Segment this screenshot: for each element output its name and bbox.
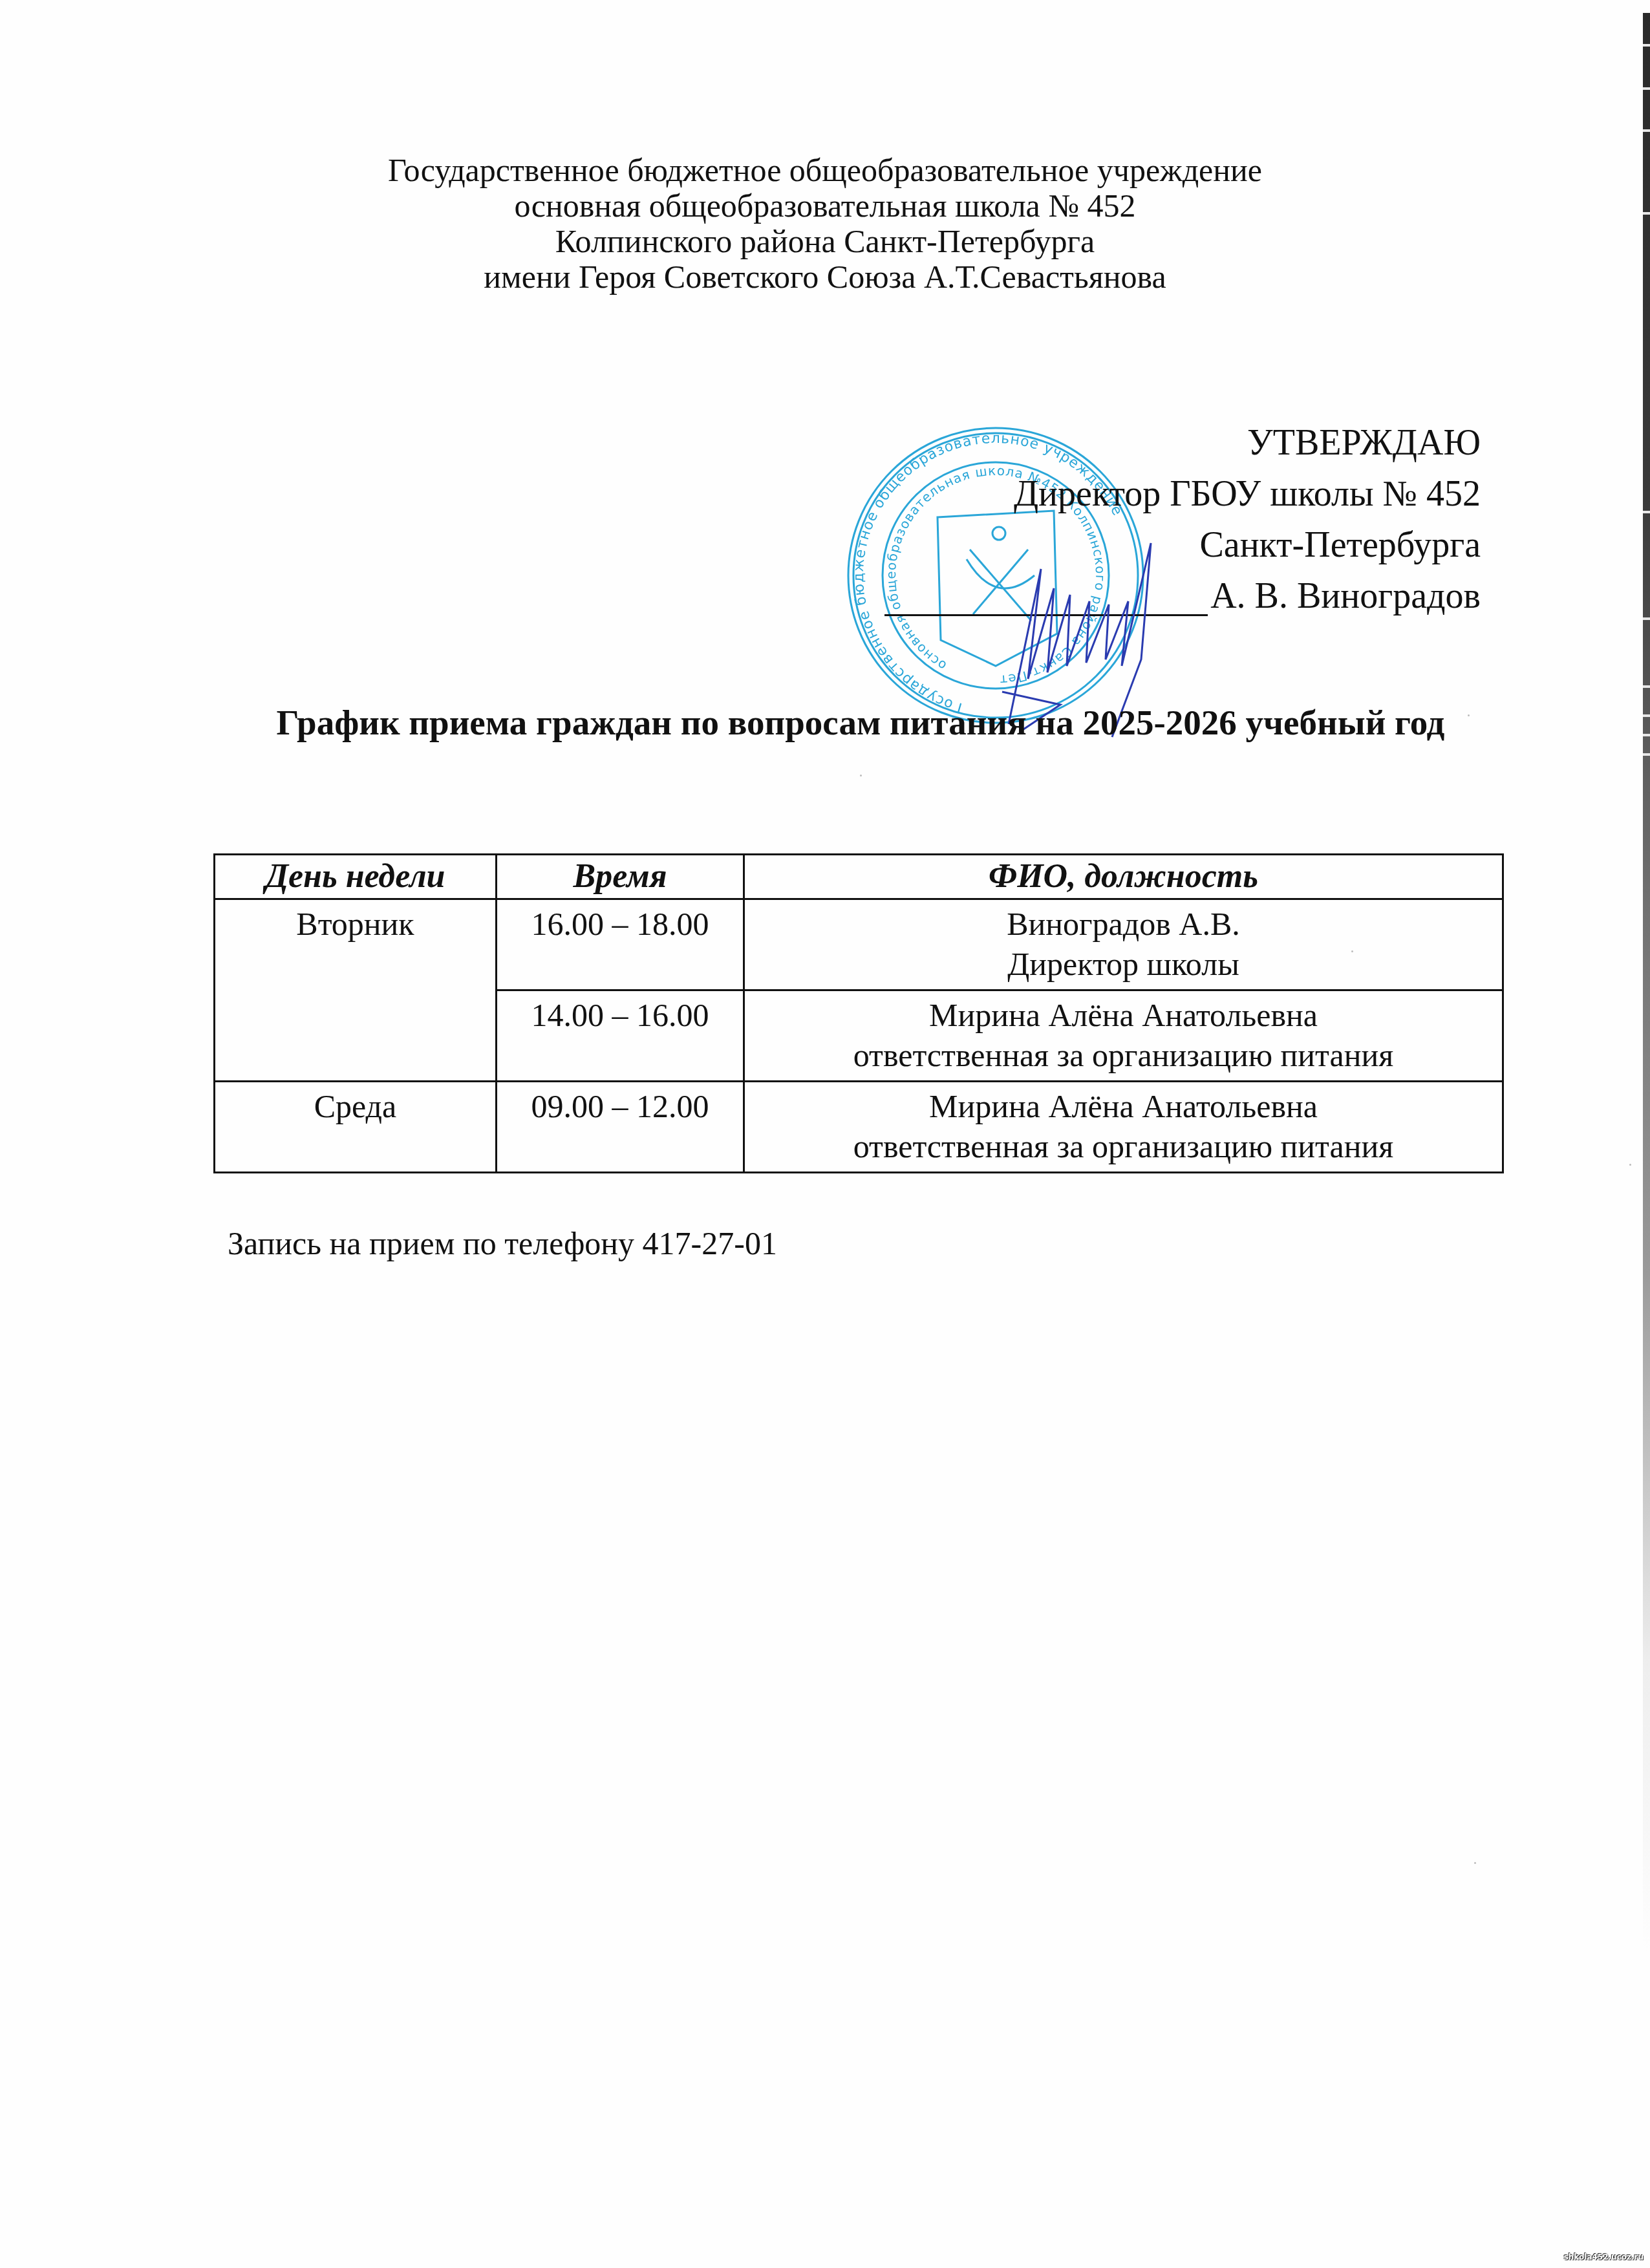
day-cell: Среда — [215, 1082, 497, 1173]
scanner-edge-strip — [1643, 13, 1650, 1952]
person-role: ответственная за организацию питания — [745, 1126, 1502, 1166]
header-person: ФИО, должность — [744, 855, 1503, 899]
person-cell: Виноградов А.В. Директор школы — [744, 899, 1503, 990]
org-line-1: Государственное бюджетное общеобразовате… — [0, 153, 1650, 188]
scan-speck — [1351, 950, 1353, 952]
phone-appointment-note: Запись на прием по телефону 417-27-01 — [228, 1224, 777, 1263]
scan-speck — [1629, 1164, 1631, 1166]
time-cell: 14.00 – 16.00 — [497, 990, 744, 1082]
org-line-3: Колпинского района Санкт-Петербурга — [0, 224, 1650, 259]
site-watermark: shkola452.ucoz.ru — [1564, 2252, 1644, 2262]
person-role: ответственная за организацию питания — [745, 1035, 1502, 1075]
reception-schedule-table: День недели Время ФИО, должность Вторник… — [213, 853, 1504, 1173]
table-row: Среда 09.00 – 12.00 Мирина Алёна Анатоль… — [215, 1082, 1503, 1173]
day-cell: Вторник — [215, 899, 497, 1082]
document-title: График приема граждан по вопросам питани… — [0, 703, 1650, 742]
person-name: Виноградов А.В. — [745, 904, 1502, 944]
person-role: Директор школы — [745, 944, 1502, 984]
person-cell: Мирина Алёна Анатольевна ответственная з… — [744, 1082, 1503, 1173]
time-cell: 16.00 – 18.00 — [497, 899, 744, 990]
scan-speck — [860, 775, 862, 776]
approval-position: Директор ГБОУ школы № 452 — [1014, 469, 1481, 520]
table-header-row: День недели Время ФИО, должность — [215, 855, 1503, 899]
document-page: Государственное бюджетное общеобразовате… — [0, 0, 1650, 2268]
person-cell: Мирина Алёна Анатольевна ответственная з… — [744, 990, 1503, 1082]
time-cell: 09.00 – 12.00 — [497, 1082, 744, 1173]
scan-speck — [1474, 1862, 1476, 1864]
org-line-4: имени Героя Советского Союза А.Т.Севасть… — [0, 259, 1650, 295]
person-name: Мирина Алёна Анатольевна — [745, 1086, 1502, 1126]
org-line-2: основная общеобразовательная школа № 452 — [0, 188, 1650, 224]
header-day: День недели — [215, 855, 497, 899]
person-name: Мирина Алёна Анатольевна — [745, 995, 1502, 1035]
header-time: Время — [497, 855, 744, 899]
table-row: Вторник 16.00 – 18.00 Виноградов А.В. Ди… — [215, 899, 1503, 990]
approval-heading: УТВЕРЖДАЮ — [1014, 418, 1481, 469]
organization-header: Государственное бюджетное общеобразовате… — [0, 153, 1650, 295]
